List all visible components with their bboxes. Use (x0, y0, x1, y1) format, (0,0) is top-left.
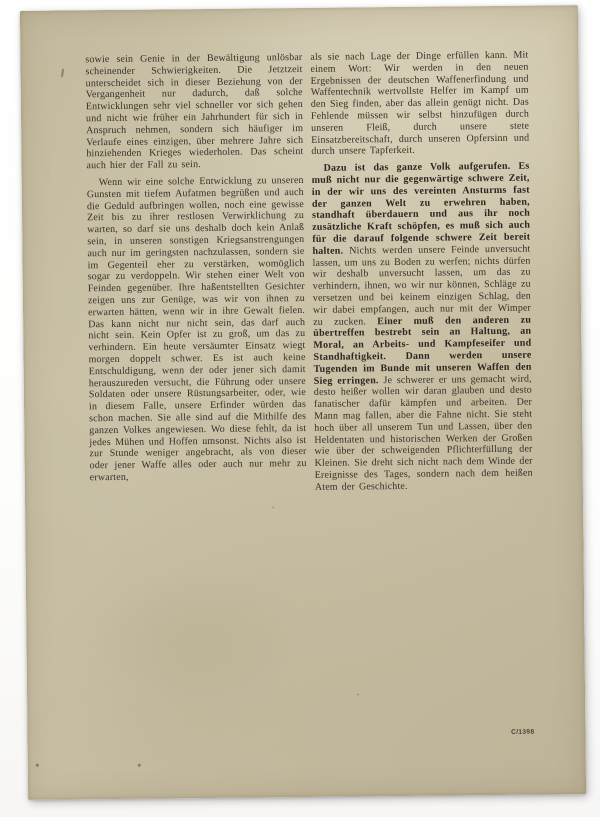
text-run: Je schwerer er uns gemacht wird, desto h… (314, 373, 533, 492)
print-code: C/1398 (511, 729, 534, 736)
photo-background: sowie sein Genie in der Bewältigung unlö… (0, 0, 600, 817)
paper-speck (357, 693, 359, 695)
paper-speck (272, 506, 274, 508)
paragraph: sowie sein Genie in der Bewältigung unlö… (85, 52, 303, 172)
text-run: Dazu ist das ganze Volk aufgerufen. Es m… (312, 161, 531, 257)
paper-speck (61, 68, 64, 77)
text-column-right: als sie nach Lage der Dinge erfüllen kan… (310, 50, 533, 499)
paragraph: als sie nach Lage der Dinge erfüllen kan… (310, 50, 529, 158)
text-column-left: sowie sein Genie in der Bewältigung unlö… (85, 52, 307, 501)
text-run: Wenn wir eine solche Entwicklung zu unse… (87, 175, 307, 483)
text-run: als sie nach Lage der Dinge erfüllen kan… (310, 50, 529, 158)
paper-speck (138, 764, 141, 767)
paper-stain (86, 568, 307, 700)
paragraph: Wenn wir eine solche Entwicklung zu unse… (87, 175, 307, 484)
document-page: sowie sein Genie in der Bewältigung unlö… (20, 5, 586, 800)
paper-speck (36, 764, 39, 767)
paragraph: Dazu ist das ganze Volk aufgerufen. Es m… (311, 161, 532, 494)
text-columns: sowie sein Genie in der Bewältigung unlö… (85, 50, 533, 501)
text-run: sowie sein Genie in der Bewältigung unlö… (85, 52, 303, 171)
